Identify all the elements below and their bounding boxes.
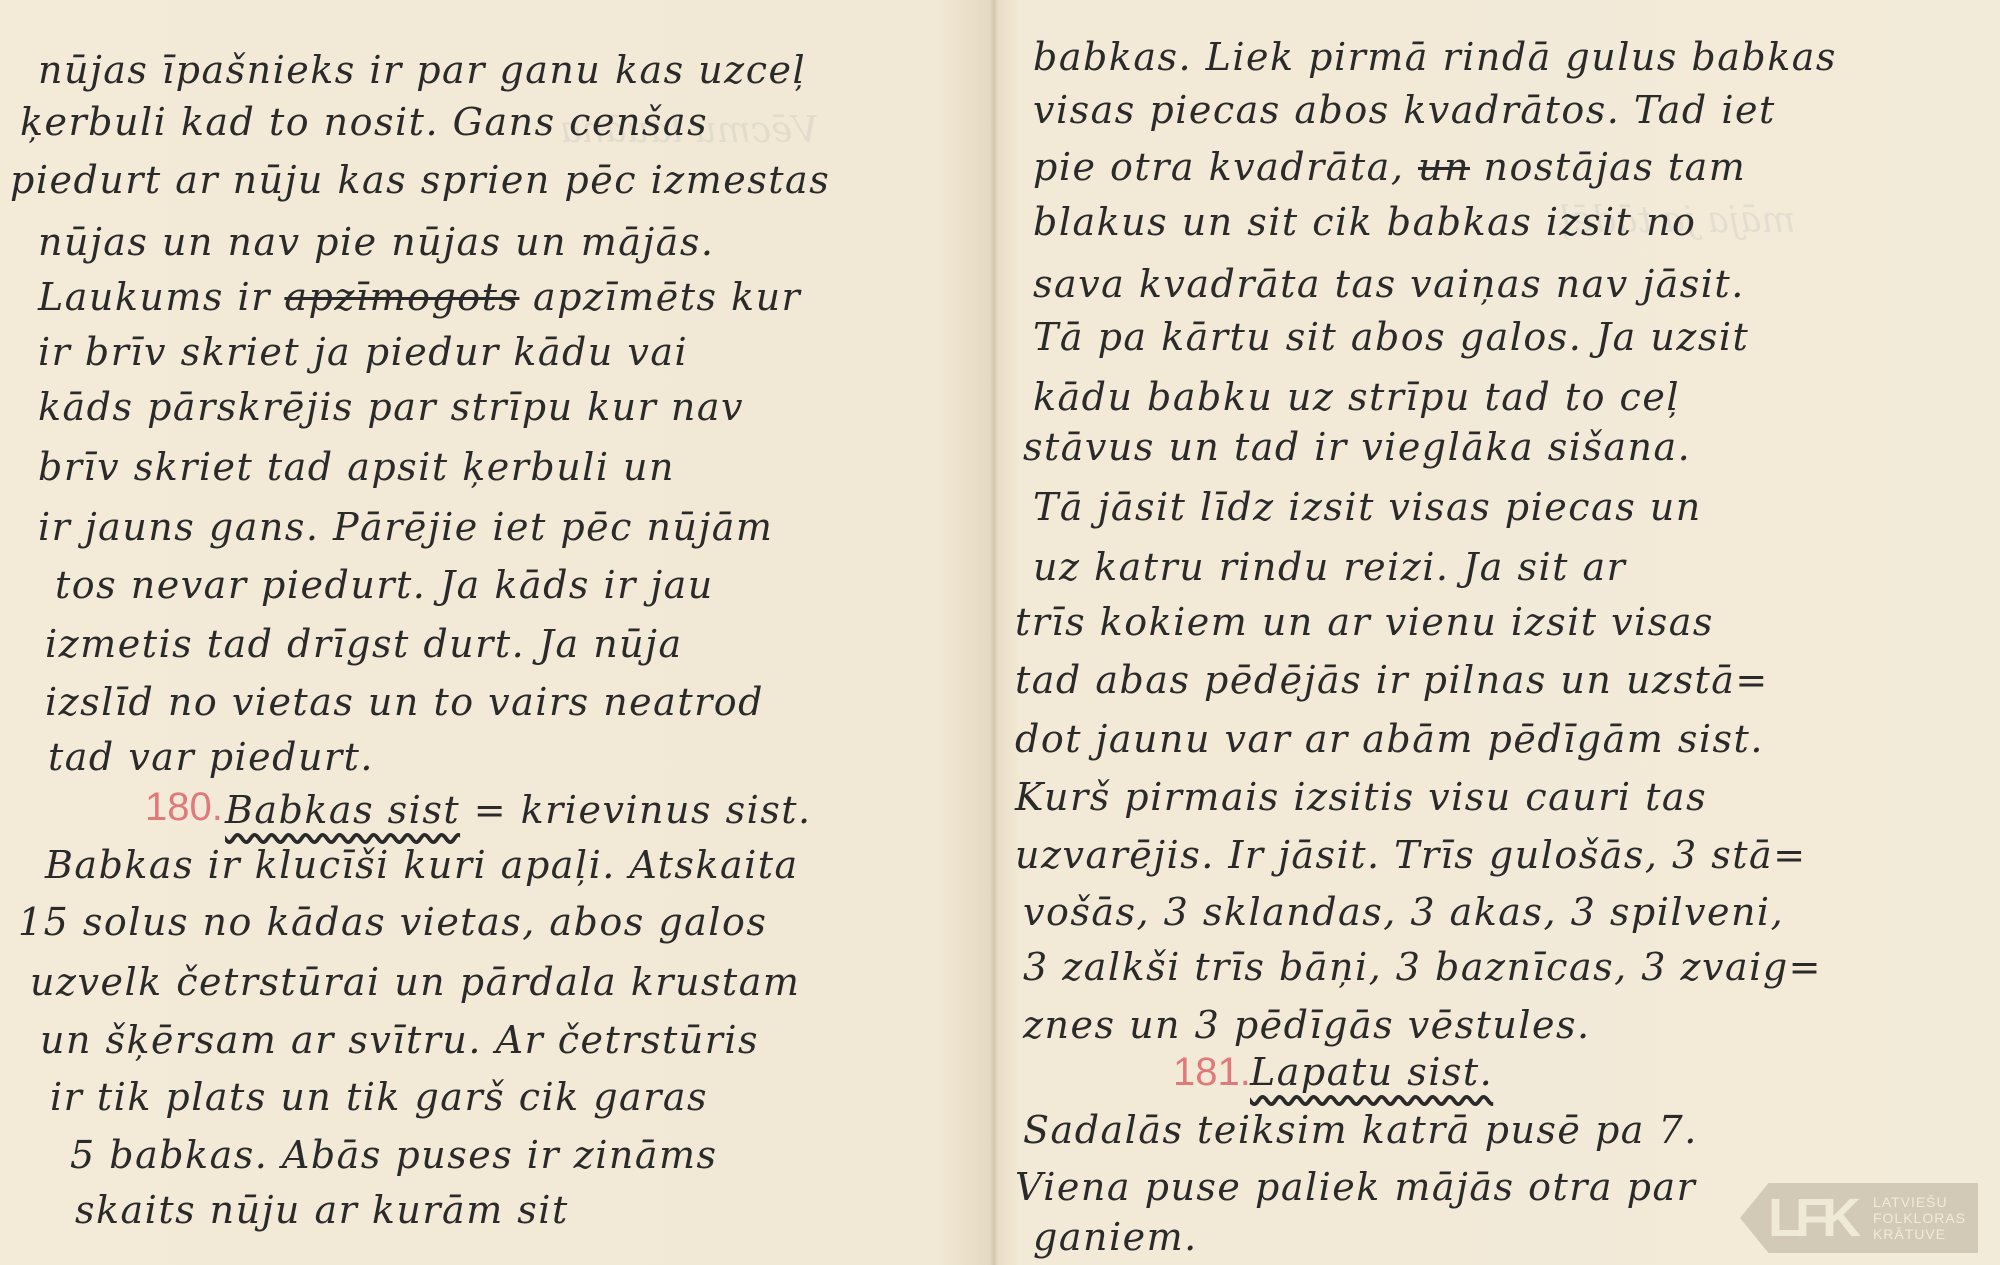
text-line: ir brīv skriet ja piedur kādu vai [38, 330, 688, 374]
text-line: ķerbuli kad to nosit. Gans cenšas [20, 100, 708, 144]
text-line: uzvarējis. Ir jāsit. Trīs gulošās, 3 stā… [1015, 833, 1807, 877]
text-line: visas piecas abos kvadrātos. Tad iet [1033, 88, 1776, 132]
text-line: brīv skriet tad apsit ķerbuli un [38, 445, 675, 489]
text-line: stāvus un tad ir vieglāka sišana. [1023, 425, 1691, 469]
left-page: nūjas īpašnieks ir par ganu kas uzceļ ķe… [0, 0, 985, 1265]
text-fragment: Laukums ir [38, 275, 271, 319]
text-line: sava kvadrāta tas vaiņas nav jāsit. [1033, 262, 1745, 306]
watermark-line: LATVIEŠU [1873, 1194, 1966, 1210]
text-line: kāds pārskrējis par strīpu kur nav [38, 385, 744, 429]
text-line: trīs kokiem un ar vienu izsit visas [1015, 600, 1714, 644]
text-line: ganiem. [1033, 1215, 1198, 1259]
text-line: Sadalās teiksim katrā pusē pa 7. [1023, 1108, 1698, 1152]
text-line: Kurš pirmais izsitis visu cauri tas [1015, 775, 1707, 819]
lfk-logo-icon: LFK [1768, 1187, 1855, 1249]
struck-out-word: un [1418, 145, 1470, 189]
text-line: Laukums ir apzīmogots apzīmēts kur [38, 275, 801, 319]
text-line: uzvelk četrstūrai un pārdala krustam [30, 960, 800, 1004]
text-line: 5 babkas. Abās puses ir zināms [70, 1133, 718, 1177]
text-fragment: nostājas tam [1484, 145, 1747, 189]
manuscript-spread: Vēcmu lauāna māja ja tādēļ nūjas īpašnie… [0, 0, 2000, 1265]
entry-number-180: 180. [145, 785, 223, 830]
struck-out-word: apzīmogots [284, 275, 519, 319]
text-line: 15 solus no kādas vietas, abos galos [18, 900, 767, 944]
watermark-text: LATVIEŠU FOLKLORAS KRĀTUVE [1873, 1194, 1966, 1242]
watermark-line: FOLKLORAS [1873, 1210, 1966, 1226]
entry-title: Babkas sist [225, 788, 460, 832]
text-line: izslīd no vietas un to vairs neatrod [45, 680, 764, 724]
watermark-line: KRĀTUVE [1873, 1226, 1966, 1242]
entry-number-181: 181. [1173, 1050, 1251, 1095]
text-line: un šķērsam ar svītru. Ar četrstūris [40, 1018, 759, 1062]
text-line: kādu babku uz strīpu tad to ceļ [1033, 375, 1680, 419]
text-line: dot jaunu var ar abām pēdīgām sist. [1015, 717, 1764, 761]
entry-title: Lapatu sist. [1250, 1050, 1493, 1094]
text-line: izmetis tad drīgst durt. Ja nūja [45, 622, 683, 666]
text-line: nūjas īpašnieks ir par ganu kas uzceļ [38, 48, 806, 92]
watermark-logo: LFK LATVIEŠU FOLKLORAS KRĀTUVE [1740, 1183, 1978, 1253]
text-line: Babkas ir klucīši kuri apaļi. Atskaita [45, 843, 799, 887]
text-line: ir jauns gans. Pārējie iet pēc nūjām [38, 505, 773, 549]
text-line: pie otra kvadrāta, un nostājas tam [1033, 145, 1746, 189]
entry-subtitle: = krievinus sist. [474, 788, 812, 832]
text-line: blakus un sit cik babkas izsit no [1033, 200, 1696, 244]
text-line: uz katru rindu reizi. Ja sit ar [1033, 545, 1626, 589]
text-line: Tā pa kārtu sit abos galos. Ja uzsit [1033, 315, 1749, 359]
text-line: 3 zalkši trīs bāņi, 3 baznīcas, 3 zvaig= [1023, 945, 1822, 989]
text-line: nūjas un nav pie nūjas un mājās. [38, 220, 714, 264]
text-line: znes un 3 pēdīgās vēstules. [1023, 1003, 1591, 1047]
text-line: tad var piedurt. [48, 735, 374, 779]
page-gutter [990, 0, 998, 1265]
entry-heading: Babkas sist = krievinus sist. [225, 788, 812, 832]
text-line: tad abas pēdējās ir pilnas un uzstā= [1015, 658, 1769, 702]
text-line: ir tik plats un tik garš cik garas [50, 1075, 708, 1119]
right-page: babkas. Liek pirmā rindā gulus babkas vi… [1005, 0, 2000, 1265]
text-fragment: pie otra kvadrāta, [1033, 145, 1404, 189]
text-line: tos nevar piedurt. Ja kāds ir jau [55, 563, 714, 607]
entry-heading: Lapatu sist. [1250, 1050, 1493, 1094]
text-line: piedurt ar nūju kas sprien pēc izmestas [10, 158, 830, 202]
text-line: Tā jāsit līdz izsit visas piecas un [1033, 485, 1702, 529]
text-fragment: apzīmēts kur [533, 275, 801, 319]
text-line: babkas. Liek pirmā rindā gulus babkas [1033, 35, 1837, 79]
text-line: vošās, 3 sklandas, 3 akas, 3 spilveni, [1023, 890, 1784, 934]
text-line: Viena puse paliek mājās otra par [1015, 1165, 1696, 1209]
text-line: skaits nūju ar kurām sit [75, 1188, 569, 1232]
